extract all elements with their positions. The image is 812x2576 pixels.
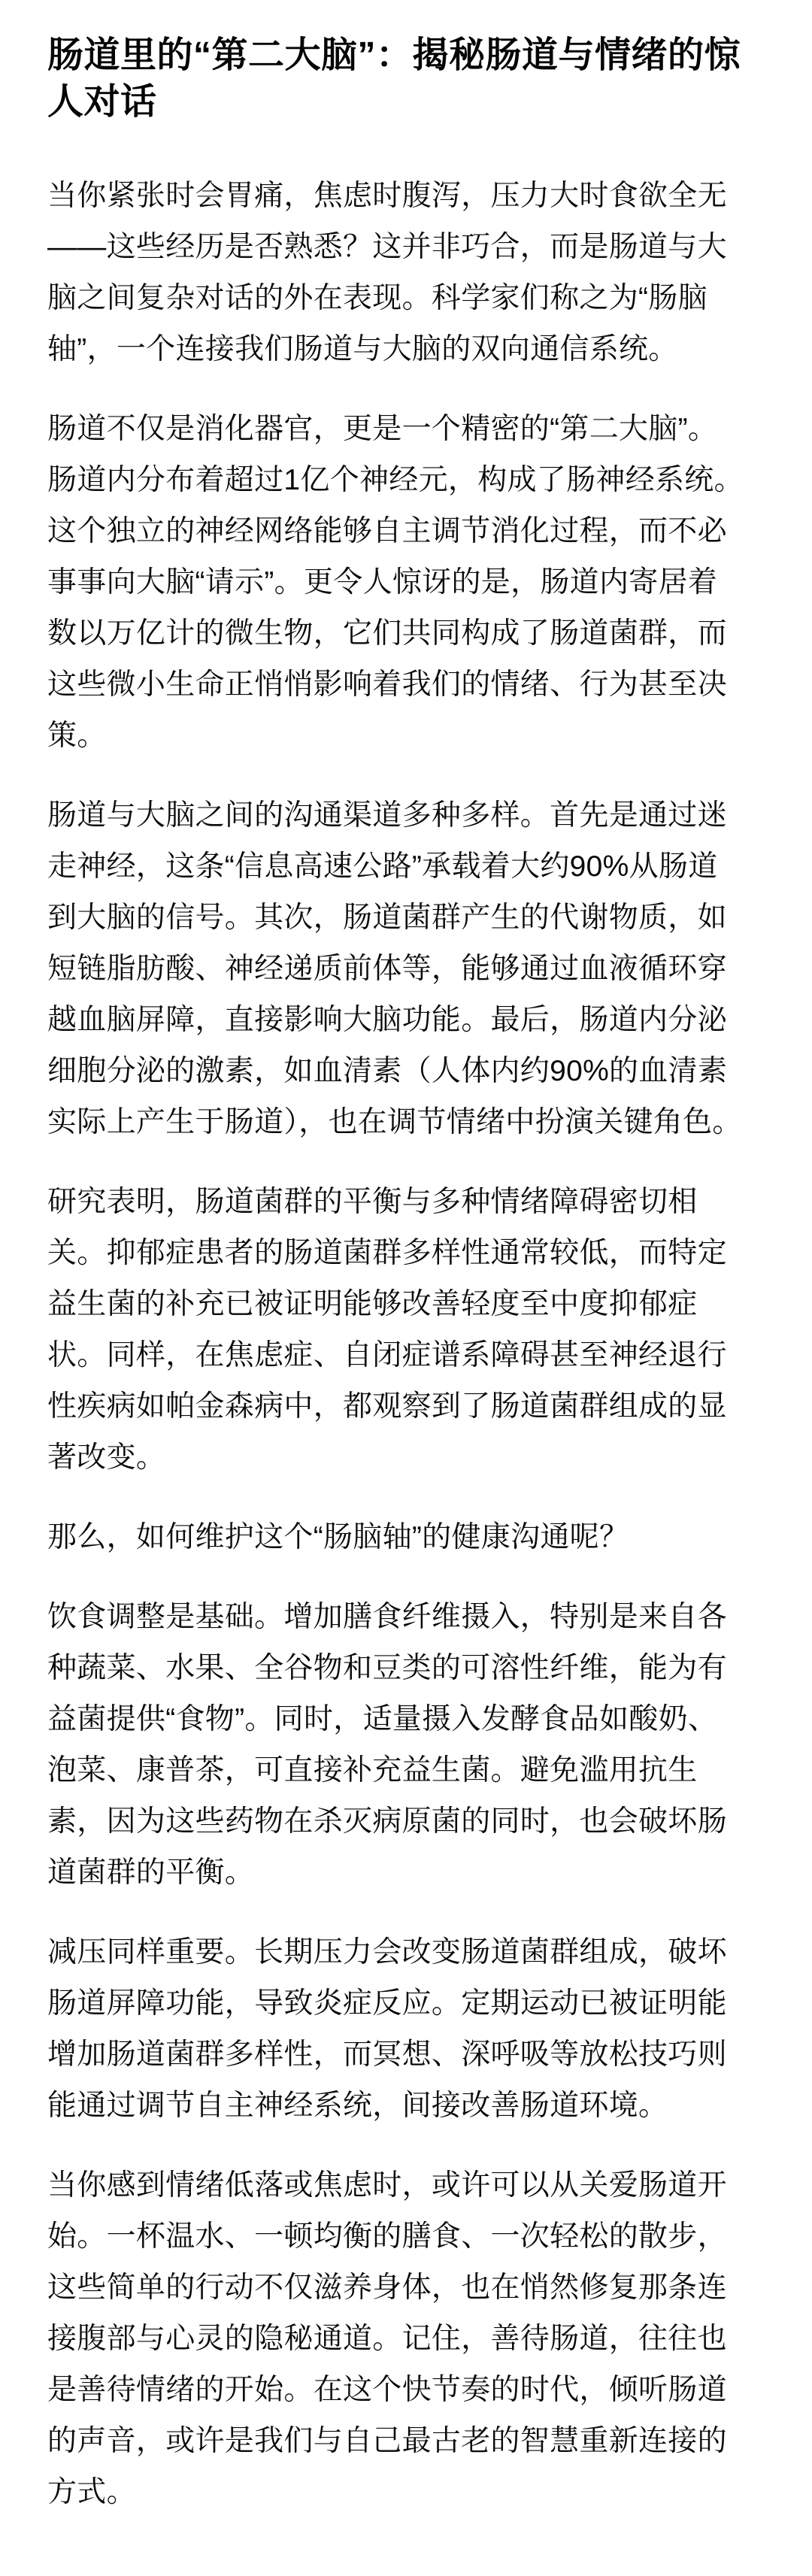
article-title: 肠道里的“第二大脑”：揭秘肠道与情绪的惊人对话 bbox=[47, 32, 747, 126]
article-paragraph: 那么，如何维护这个“肠脑轴”的健康沟通呢？ bbox=[47, 1512, 747, 1563]
article-paragraph: 减压同样重要。长期压力会改变肠道菌群组成，破坏肠道屏障功能，导致炎症反应。定期运… bbox=[47, 1927, 747, 2132]
article-paragraph: 研究表明，肠道菌群的平衡与多种情绪障碍密切相关。抑郁症患者的肠道菌群多样性通常较… bbox=[47, 1177, 747, 1483]
article-paragraph: 肠道与大脑之间的沟通渠道多种多样。首先是通过迷走神经，这条“信息高速公路”承载着… bbox=[47, 790, 747, 1148]
article-paragraph: 饮食调整是基础。增加膳食纤维摄入，特别是来自各种蔬菜、水果、全谷物和豆类的可溶性… bbox=[47, 1592, 747, 1899]
article-paragraph: 当你感到情绪低落或焦虑时，或许可以从关爱肠道开始。一杯温水、一顿均衡的膳食、一次… bbox=[47, 2160, 747, 2518]
article-body: 当你紧张时会胃痛，焦虑时腹泻，压力大时食欲全无——这些经历是否熟悉？这并非巧合，… bbox=[47, 171, 747, 2518]
article-paragraph: 肠道不仅是消化器官，更是一个精密的“第二大脑”。肠道内分布着超过1亿个神经元，构… bbox=[47, 404, 747, 762]
article-page: 肠道里的“第二大脑”：揭秘肠道与情绪的惊人对话 当你紧张时会胃痛，焦虑时腹泻，压… bbox=[0, 0, 812, 2576]
article-paragraph: 当你紧张时会胃痛，焦虑时腹泻，压力大时食欲全无——这些经历是否熟悉？这并非巧合，… bbox=[47, 171, 747, 375]
